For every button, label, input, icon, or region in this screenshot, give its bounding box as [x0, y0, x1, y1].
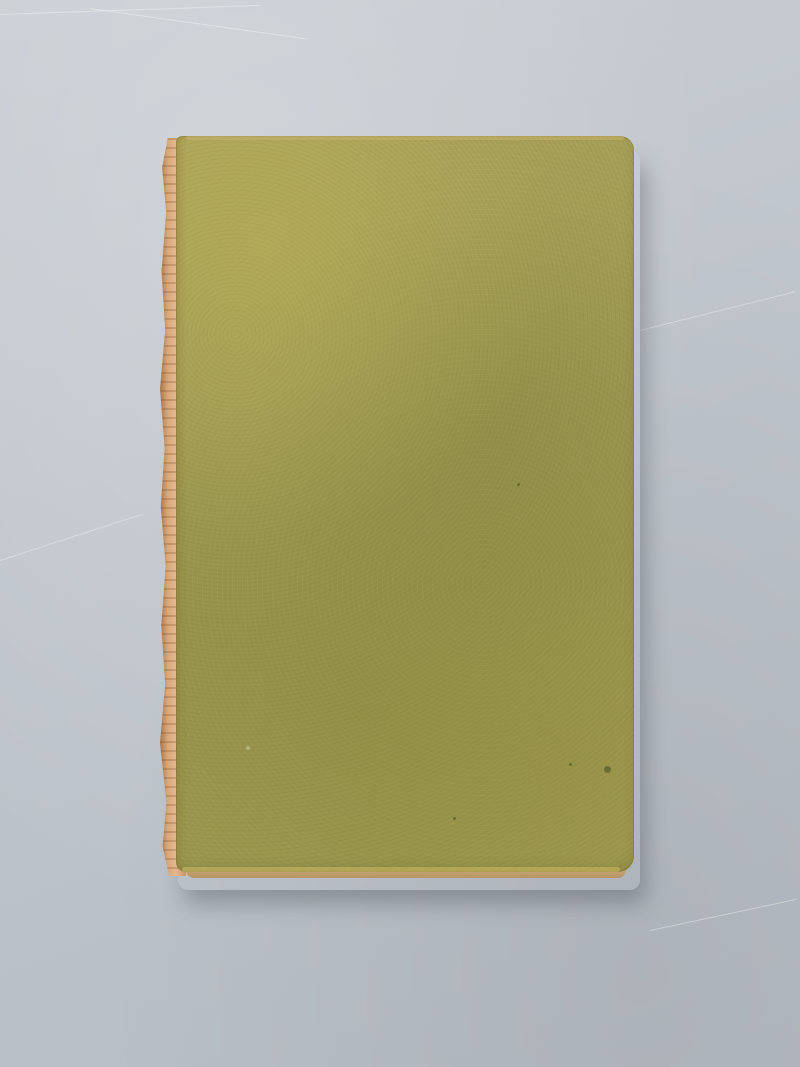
cover-top-edge	[186, 136, 624, 140]
cover-speck	[453, 817, 456, 820]
surface-scratch	[650, 899, 797, 931]
cover-speck	[569, 763, 572, 766]
surface-scratch	[90, 8, 308, 40]
photo-scene	[0, 0, 800, 1067]
cover-bottom-edge	[182, 867, 620, 872]
surface-scratch	[640, 291, 795, 331]
surface-scratch	[0, 514, 143, 561]
cover-speck	[246, 746, 250, 750]
cover-speck	[517, 483, 520, 486]
book-back-cover	[176, 136, 634, 872]
cover-speck	[604, 766, 611, 773]
